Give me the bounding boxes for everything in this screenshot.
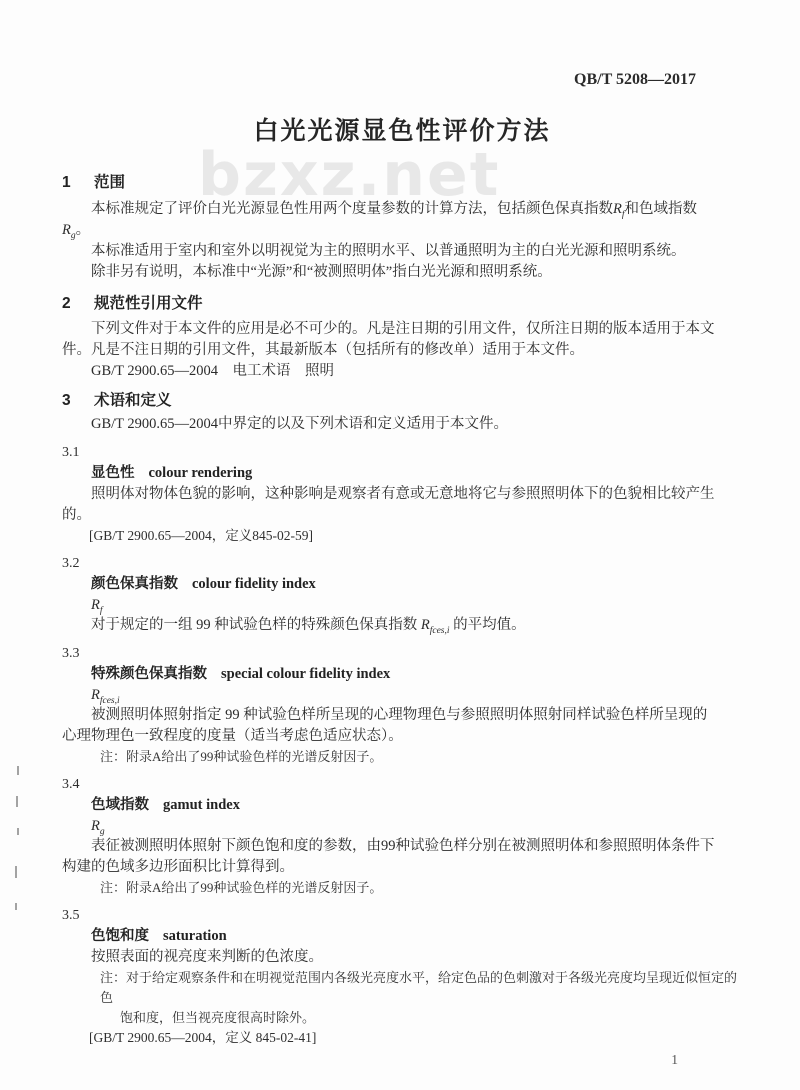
symbol-letter: R [91, 687, 100, 703]
definition-line: 的。 [62, 505, 742, 526]
scan-artifact [17, 828, 19, 835]
term-line: 显色性colour rendering [62, 463, 742, 484]
symbol-line: Rfces,i [62, 685, 742, 705]
paragraph-line: 件。凡是不注日期的引用文件，其最新版本（包括所有的修改单）适用于本文件。 [62, 340, 742, 361]
term-cn: 色域指数 [91, 797, 149, 813]
definition-line: 表征被测照明体照射下颜色饱和度的参数，由99种试验色样分别在被测照明体和参照照明… [62, 836, 742, 857]
term-en: colour rendering [149, 465, 253, 481]
subsection-3-2: 3.2 颜色保真指数colour fidelity index Rf 对于规定的… [62, 553, 742, 636]
symbol-rf: Rf [91, 597, 103, 613]
symbol-rfcesi: Rfces,i [421, 617, 450, 633]
paragraph-line: 本标准适用于室内和室外以明视觉为主的照明水平、以普通照明为主的白光光源和照明系统… [62, 241, 742, 262]
source-ref: [GB/T 2900.65—2004，定义845-02-59] [62, 526, 742, 546]
symbol-rg: Rg [62, 222, 76, 238]
subsection-3-4: 3.4 色域指数gamut index Rg 表征被测照明体照射下颜色饱和度的参… [62, 774, 742, 898]
definition-text: 对于规定的一组 99 种试验色样的特殊颜色保真指数 [91, 617, 421, 633]
subscript: fces,i [430, 626, 450, 636]
paragraph-text: 。 [76, 222, 91, 238]
note-label: 注： [100, 880, 126, 895]
section-number: 1 [62, 172, 76, 193]
paragraph-text: 本标准规定了评价白光光源显色性用两个度量参数的计算方法，包括颜色保真指数 [91, 201, 613, 217]
term-line: 色域指数gamut index [62, 795, 742, 816]
paragraph-line: GB/T 2900.65—2004中界定的以及下列术语和定义适用于本文件。 [62, 414, 742, 435]
note: 注：附录A给出了99种试验色样的光谱反射因子。 [62, 747, 742, 767]
subsection-number: 3.3 [62, 643, 742, 664]
subsection-number: 3.5 [62, 905, 742, 926]
note-continuation: 饱和度，但当视亮度很高时除外。 [62, 1008, 742, 1028]
symbol-letter: R [613, 201, 622, 217]
source-ref: [GB/T 2900.65—2004，定义 845-02-41] [62, 1028, 742, 1048]
note: 注：附录A给出了99种试验色样的光谱反射因子。 [62, 878, 742, 898]
doc-number: QB/T 5208—2017 [62, 70, 742, 90]
term-en: colour fidelity index [192, 576, 316, 592]
paragraph-line: 下列文件对于本文件的应用是必不可少的。凡是注日期的引用文件，仅所注日期的版本适用… [62, 319, 742, 340]
symbol-rfcesi: Rfces,i [91, 687, 120, 703]
subsection-3-5: 3.5 色饱和度saturation 按照表面的视亮度来判断的色浓度。 注：对于… [62, 905, 742, 1048]
note-label: 注： [100, 749, 126, 764]
symbol-letter: R [91, 597, 100, 613]
section-1-body: 本标准规定了评价白光光源显色性用两个度量参数的计算方法，包括颜色保真指数Rf和色… [62, 199, 742, 283]
paragraph-text: 和色域指数 [625, 201, 698, 217]
scan-artifact [15, 903, 17, 910]
definition-text: 的平均值。 [450, 617, 526, 633]
term-cn: 显色性 [91, 465, 135, 481]
symbol-rf: Rf [613, 201, 625, 217]
term-line: 色饱和度saturation [62, 926, 742, 947]
term-line: 特殊颜色保真指数special colour fidelity index [62, 664, 742, 685]
term-en: gamut index [163, 797, 240, 813]
subsection-number: 3.2 [62, 553, 742, 574]
symbol-letter: R [421, 617, 430, 633]
section-label: 术语和定义 [94, 392, 172, 409]
note-label: 注： [100, 970, 126, 985]
page-number: 1 [62, 1052, 742, 1068]
paragraph-line: Rg。 [62, 220, 742, 241]
paragraph-line: 除非另有说明，本标准中“光源”和“被测照明体”指白光光源和照明系统。 [62, 262, 742, 283]
note-text: 对于给定观察条件和在明视觉范围内各级光亮度水平，给定色品的色刺激对于各级光亮度均… [100, 970, 737, 1005]
note: 注：对于给定观察条件和在明视觉范围内各级光亮度水平，给定色品的色刺激对于各级光亮… [62, 968, 742, 1008]
scan-artifact [17, 766, 19, 775]
symbol-line: Rf [62, 595, 742, 615]
definition-line: 构建的色域多边形面积比计算得到。 [62, 857, 742, 878]
term-en: saturation [163, 928, 227, 944]
scan-artifact [16, 796, 18, 807]
section-number: 2 [62, 293, 76, 314]
term-line: 颜色保真指数colour fidelity index [62, 574, 742, 595]
term-cn: 特殊颜色保真指数 [91, 666, 207, 682]
subsection-number: 3.1 [62, 442, 742, 463]
definition-line: 照明体对物体色貌的影响，这种影响是观察者有意或无意地将它与参照照明体下的色貌相比… [62, 484, 742, 505]
section-label: 规范性引用文件 [94, 295, 203, 312]
definition-line: 按照表面的视亮度来判断的色浓度。 [62, 947, 742, 968]
section-3-heading: 3术语和定义 [62, 390, 742, 411]
subsection-3-1: 3.1 显色性colour rendering 照明体对物体色貌的影响，这种影响… [62, 442, 742, 546]
subsection-3-3: 3.3 特殊颜色保真指数special colour fidelity inde… [62, 643, 742, 767]
section-2-body: 下列文件对于本文件的应用是必不可少的。凡是注日期的引用文件，仅所注日期的版本适用… [62, 319, 742, 382]
symbol-letter: R [62, 222, 71, 238]
section-label: 范围 [94, 174, 125, 191]
term-cn: 色饱和度 [91, 928, 149, 944]
page-content: QB/T 5208—2017 白光光源显色性评价方法 1范围 本标准规定了评价白… [62, 0, 742, 1068]
paragraph-line: 本标准规定了评价白光光源显色性用两个度量参数的计算方法，包括颜色保真指数Rf和色… [62, 199, 742, 220]
definition-line: 被测照明体照射指定 99 种试验色样所呈现的心理物理色与参照照明体照射同样试验色… [62, 705, 742, 726]
section-1-heading: 1范围 [62, 172, 742, 193]
symbol-line: Rg [62, 816, 742, 836]
definition-line: 对于规定的一组 99 种试验色样的特殊颜色保真指数 Rfces,i 的平均值。 [62, 615, 742, 636]
symbol-rg: Rg [91, 818, 105, 834]
document-page: bzxz.net QB/T 5208—2017 白光光源显色性评价方法 1范围 … [0, 0, 800, 1090]
normative-reference: GB/T 2900.65—2004 电工术语 照明 [62, 361, 742, 382]
section-2-heading: 2规范性引用文件 [62, 293, 742, 314]
note-text: 附录A给出了99种试验色样的光谱反射因子。 [126, 880, 382, 895]
section-3-intro: GB/T 2900.65—2004中界定的以及下列术语和定义适用于本文件。 [62, 414, 742, 435]
term-cn: 颜色保真指数 [91, 576, 178, 592]
term-en: special colour fidelity index [221, 666, 390, 682]
document-title: 白光光源显色性评价方法 [62, 114, 742, 148]
scan-artifact [15, 866, 17, 878]
section-number: 3 [62, 390, 76, 411]
definition-line: 心理物理色一致程度的度量（适当考虑色适应状态）。 [62, 726, 742, 747]
subsection-number: 3.4 [62, 774, 742, 795]
symbol-letter: R [91, 818, 100, 834]
note-text: 附录A给出了99种试验色样的光谱反射因子。 [126, 749, 382, 764]
